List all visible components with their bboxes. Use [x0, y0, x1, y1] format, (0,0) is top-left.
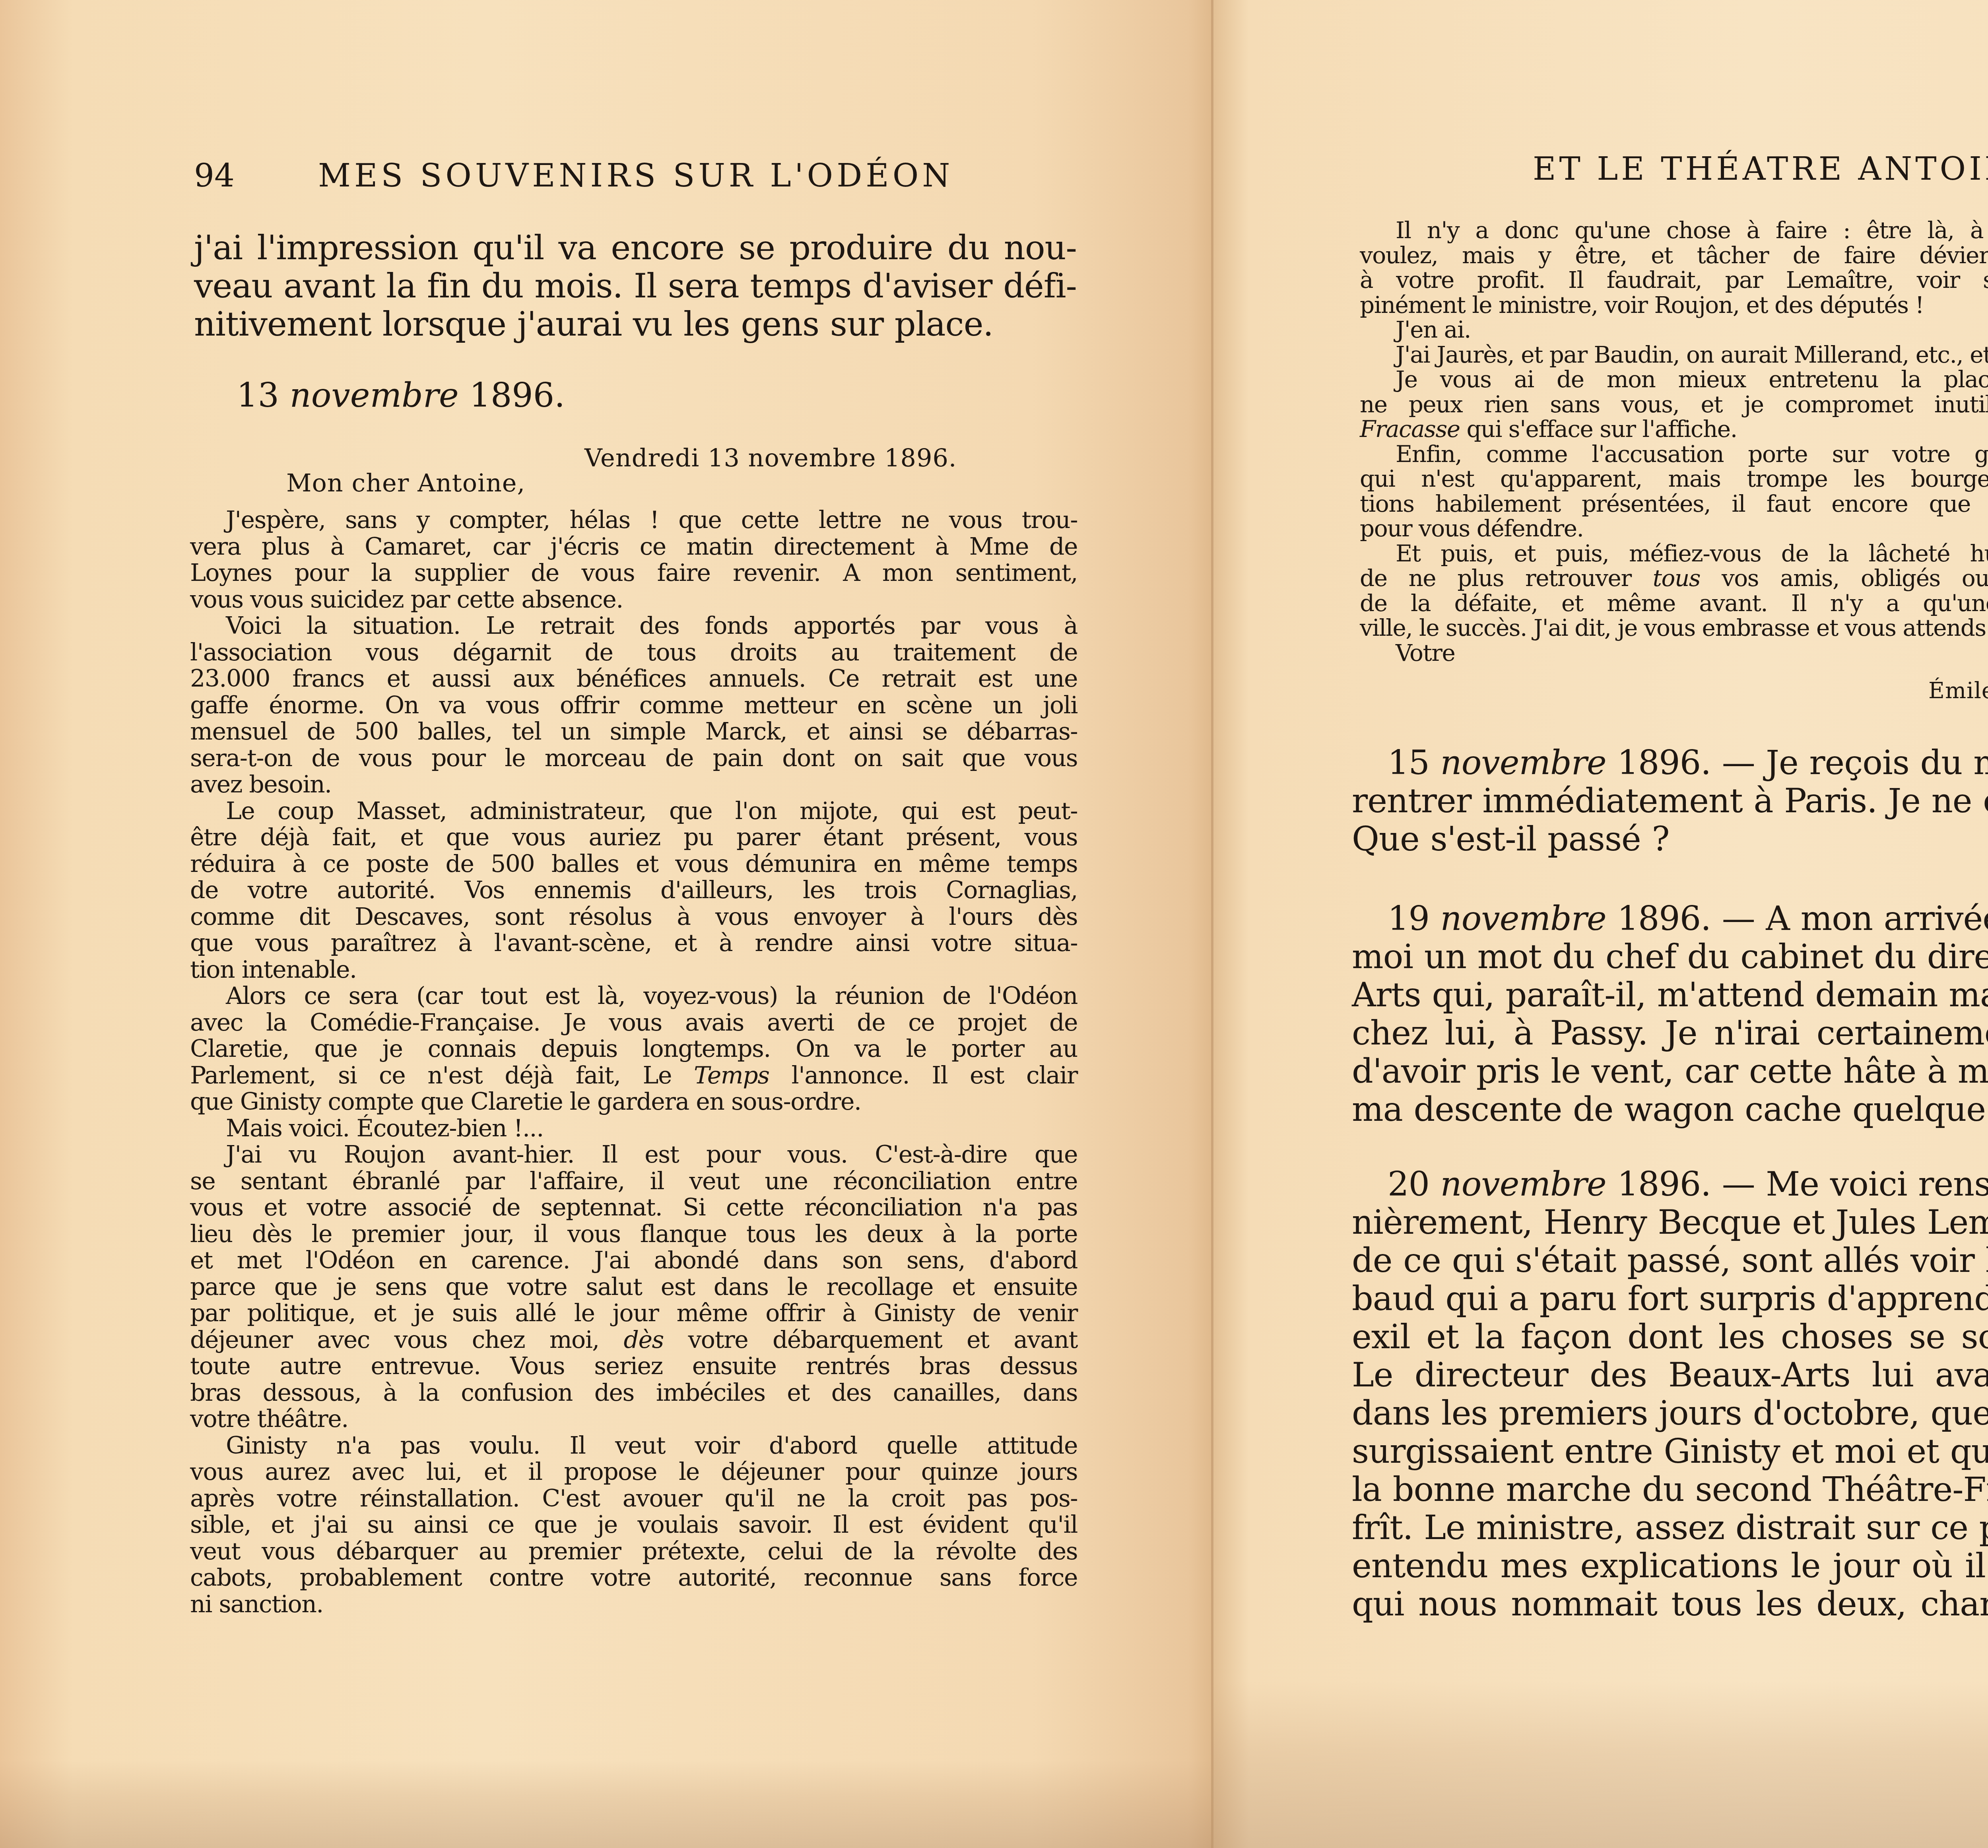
text-line: J'espère, sans y compter, hélas ! que ce…: [190, 507, 1077, 534]
text-line: veau avant la fin du mois. Il sera temps…: [194, 267, 1077, 305]
text-line: ville, le succès. J'ai dit, je vous embr…: [1360, 615, 1988, 641]
text-line: J'ai vu Roujon avant-hier. Il est pour v…: [190, 1141, 1077, 1168]
text-line: être déjà fait, et que vous auriez pu pa…: [190, 824, 1077, 851]
text-line: de ce qui s'était passé, sont allés voir…: [1352, 1241, 1988, 1279]
text-line: bras dessous, à la confusion des imbécil…: [190, 1380, 1077, 1406]
letter-body-left: J'espère, sans y compter, hélas ! que ce…: [190, 507, 1077, 1617]
text-line: Votre: [1360, 641, 1988, 666]
text-line: vera plus à Camaret, car j'écris ce mati…: [190, 534, 1077, 560]
text-line: lieu dès le premier jour, il vous flanqu…: [190, 1221, 1077, 1248]
text-line: et met l'Odéon en carence. J'ai abondé d…: [190, 1247, 1077, 1274]
text-line: Je vous ai de mon mieux entretenu la pla…: [1360, 367, 1988, 392]
text-line: de votre autorité. Vos ennemis d'ailleur…: [190, 877, 1077, 904]
text-line: Il n'y a donc qu'une chose à faire : êtr…: [1360, 218, 1988, 243]
text-line: Que s'est-il passé ?: [1352, 820, 1988, 858]
journal-entry: 20 novembre 1896. — Me voici renseigné. …: [1352, 1165, 1988, 1623]
text-line: exil et la façon dont les choses se sont…: [1352, 1318, 1988, 1356]
text-line: sera-t-on de vous pour le morceau de pai…: [190, 745, 1077, 772]
text-line: vous vous suicidez par cette absence.: [190, 586, 1077, 613]
text-line: comme dit Descaves, sont résolus à vous …: [190, 904, 1077, 930]
text-line: se sentant ébranlé par l'affaire, il veu…: [190, 1168, 1077, 1195]
text-line: que vous paraîtrez à l'avant-scène, et à…: [190, 930, 1077, 957]
text-line: Parlement, si ce n'est déjà fait, Le Tem…: [190, 1062, 1077, 1089]
journal-entry: 15 novembre 1896. — Je reçois du ministè…: [1352, 743, 1988, 858]
text-line: qui n'est qu'apparent, mais trompe les b…: [1360, 466, 1988, 491]
text-line: rentrer immédiatement à Paris. Je ne com…: [1352, 782, 1988, 820]
text-line: nièrement, Henry Becque et Jules Lemaîtr…: [1352, 1203, 1988, 1241]
text-line: de ne plus retrouver tous vos amis, obli…: [1360, 566, 1988, 591]
text-line: à votre profit. Il faudrait, par Lemaîtr…: [1360, 268, 1988, 293]
text-line: Claretie, que je connais depuis longtemp…: [190, 1036, 1077, 1062]
entry-lead-line: 20 novembre 1896. — Me voici renseigné. …: [1352, 1165, 1988, 1203]
journal-entries: 15 novembre 1896. — Je reçois du ministè…: [1352, 743, 1988, 1660]
book-gutter: [1211, 0, 1213, 1848]
text-line: réduira à ce poste de 500 balles et vous…: [190, 851, 1077, 877]
text-line: votre théâtre.: [190, 1406, 1077, 1433]
text-line: avez besoin.: [190, 771, 1077, 798]
text-line: cabots, probablement contre votre autori…: [190, 1565, 1077, 1591]
text-line: vous aurez avec lui, et il propose le dé…: [190, 1459, 1077, 1485]
text-line: nitivement lorsque j'aurai vu les gens s…: [194, 305, 1077, 343]
text-line: veut vous débarquer au premier prétexte,…: [190, 1538, 1077, 1565]
text-line: ma descente de wagon cache quelque chose…: [1352, 1090, 1988, 1128]
text-line: Le coup Masset, administrateur, que l'on…: [190, 798, 1077, 825]
text-line: tions habilement présentées, il faut enc…: [1360, 491, 1988, 516]
text-line: tion intenable.: [190, 957, 1077, 983]
running-head-left: MES SOUVENIRS SUR L'ODÉON: [318, 157, 953, 194]
text-line: sible, et j'ai su ainsi ce que je voulai…: [190, 1512, 1077, 1538]
letter-body-right: Il n'y a donc qu'une chose à faire : êtr…: [1360, 218, 1988, 665]
entry-date-13-nov: 13 novembre 1896.: [237, 376, 565, 415]
text-line: baud qui a paru fort surpris d'apprendre…: [1352, 1279, 1988, 1318]
text-line: dans les premiers jours d'octobre, que d…: [1352, 1394, 1988, 1432]
letter-signature: Émile Bergerat.: [1928, 678, 1988, 704]
page-number-left: 94: [194, 157, 235, 194]
text-line: Le directeur des Beaux-Arts lui avait fa…: [1352, 1356, 1988, 1394]
text-line: parce que je sens que votre salut est da…: [190, 1274, 1077, 1301]
text-line: toute autre entrevue. Vous seriez ensuit…: [190, 1353, 1077, 1380]
text-line: par politique, et je suis allé le jour m…: [190, 1300, 1077, 1327]
text-line: chez lui, à Passy. Je n'irai certainemen…: [1352, 1014, 1988, 1052]
text-line: moi un mot du chef du cabinet du directe…: [1352, 938, 1988, 976]
water-stain: [1213, 1681, 1988, 1848]
text-line: mensuel de 500 balles, tel un simple Mar…: [190, 718, 1077, 745]
text-line: qui nous nommait tous les deux, chargea …: [1352, 1585, 1988, 1623]
text-line: Loynes pour la supplier de vous faire re…: [190, 560, 1077, 586]
text-line: J'en ai.: [1360, 317, 1988, 342]
text-line: Arts qui, paraît-il, m'attend demain mat…: [1352, 976, 1988, 1014]
text-line: J'ai Jaurès, et par Baudin, on aurait Mi…: [1360, 342, 1988, 367]
text-line: gaffe énorme. On va vous offrir comme me…: [190, 692, 1077, 719]
text-line: Voici la situation. Le retrait des fonds…: [190, 613, 1077, 639]
text-line: déjeuner avec vous chez moi, dès votre d…: [190, 1327, 1077, 1353]
text-line: entendu mes explications le jour où il s…: [1352, 1547, 1988, 1585]
entry-lead-line: 15 novembre 1896. — Je reçois du ministè…: [1352, 743, 1988, 782]
text-line: vous et votre associé de septennat. Si c…: [190, 1194, 1077, 1221]
letter-salutation: Mon cher Antoine,: [286, 468, 525, 497]
entry-lead-line: 19 novembre 1896. — A mon arrivée, je tr…: [1352, 899, 1988, 938]
text-line: pour vous défendre.: [1360, 516, 1988, 541]
letter-dateline: Vendredi 13 novembre 1896.: [584, 443, 957, 472]
text-line: que Ginisty compte que Claretie le garde…: [190, 1089, 1077, 1115]
text-line: j'ai l'impression qu'il va encore se pro…: [194, 229, 1077, 267]
text-line: voulez, mais y être, et tâcher de faire …: [1360, 243, 1988, 268]
text-line: Et puis, et puis, méfiez-vous de la lâch…: [1360, 541, 1988, 566]
text-line: de la défaite, et même avant. Il n'y a q…: [1360, 591, 1988, 616]
text-line: l'association vous dégarnit de tous droi…: [190, 639, 1077, 666]
text-line: frît. Le ministre, assez distrait sur ce…: [1352, 1508, 1988, 1547]
text-line: Ginisty n'a pas voulu. Il veut voir d'ab…: [190, 1433, 1077, 1459]
text-line: ni sanction.: [190, 1591, 1077, 1618]
text-line: pinément le ministre, voir Roujon, et de…: [1360, 293, 1988, 318]
text-line: 23.000 francs et aussi aux bénéfices ann…: [190, 666, 1077, 692]
text-line: surgissaient entre Ginisty et moi et qu'…: [1352, 1432, 1988, 1470]
water-stain: [0, 1761, 1213, 1848]
text-line: après votre réinstallation. C'est avouer…: [190, 1485, 1077, 1512]
continuation-paragraph: j'ai l'impression qu'il va encore se pro…: [194, 229, 1077, 343]
text-line: avec la Comédie-Française. Je vous avais…: [190, 1009, 1077, 1036]
text-line: d'avoir pris le vent, car cette hâte à m…: [1352, 1052, 1988, 1090]
text-line: ne peux rien sans vous, et je compromet …: [1360, 392, 1988, 417]
text-line: Enfin, comme l'accusation porte sur votr…: [1360, 442, 1988, 467]
text-line: Alors ce sera (car tout est là, voyez-vo…: [190, 983, 1077, 1009]
text-line: la bonne marche du second Théâtre-França…: [1352, 1470, 1988, 1508]
journal-entry: 19 novembre 1896. — A mon arrivée, je tr…: [1352, 899, 1988, 1128]
running-head-right: ET LE THÉATRE ANTOINE: [1533, 150, 1988, 187]
text-line: Fracasse qui s'efface sur l'affiche.: [1360, 417, 1988, 442]
text-line: Mais voici. Écoutez-bien !...: [190, 1115, 1077, 1142]
